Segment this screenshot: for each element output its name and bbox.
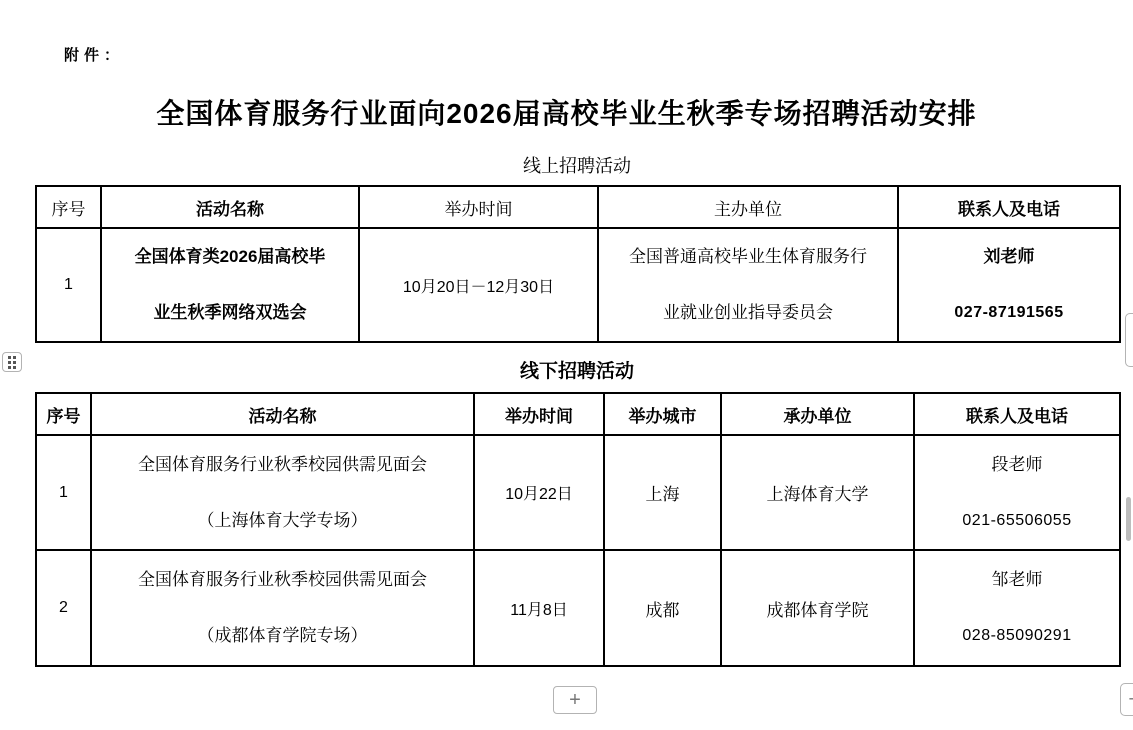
add-row-button[interactable]: + bbox=[553, 686, 597, 714]
scrollbar-thumb[interactable] bbox=[1126, 497, 1131, 541]
table-row: 2 全国体育服务行业秋季校园供需见面会 （成都体育学院专场） 11月8日 成都 … bbox=[36, 550, 1120, 666]
cell-time[interactable]: 10月22日 bbox=[474, 435, 604, 550]
header-contact[interactable]: 联系人及电话 bbox=[914, 393, 1120, 435]
cell-contact[interactable]: 段老师 021-65506055 bbox=[914, 435, 1120, 550]
header-host-unit[interactable]: 主办单位 bbox=[598, 186, 898, 228]
offline-recruitment-table: 序号 活动名称 举办时间 举办城市 承办单位 联系人及电话 1 全国体育服务行业… bbox=[35, 392, 1121, 667]
add-column-button-partial[interactable]: + bbox=[1120, 683, 1133, 716]
cell-seq[interactable]: 1 bbox=[36, 228, 101, 342]
online-table-header-row: 序号 活动名称 举办时间 主办单位 联系人及电话 bbox=[36, 186, 1120, 228]
header-seq[interactable]: 序号 bbox=[36, 393, 91, 435]
cell-contact[interactable]: 刘老师 027-87191565 bbox=[898, 228, 1120, 342]
side-partial-button[interactable] bbox=[1125, 313, 1133, 367]
header-activity-name[interactable]: 活动名称 bbox=[91, 393, 474, 435]
cell-time[interactable]: 10月20日－12月30日 bbox=[359, 228, 598, 342]
online-table-caption: 线上招聘活动 bbox=[35, 152, 1119, 178]
offline-table-header-row: 序号 活动名称 举办时间 举办城市 承办单位 联系人及电话 bbox=[36, 393, 1120, 435]
cell-activity-name[interactable]: 全国体育服务行业秋季校园供需见面会 （成都体育学院专场） bbox=[91, 550, 474, 666]
cell-contact[interactable]: 邹老师 028-85090291 bbox=[914, 550, 1120, 666]
offline-table-caption: 线下招聘活动 bbox=[35, 356, 1119, 383]
cell-organizer[interactable]: 上海体育大学 bbox=[721, 435, 914, 550]
plus-icon: + bbox=[1128, 689, 1133, 710]
grid-dots-icon bbox=[8, 356, 16, 369]
plus-icon: + bbox=[569, 690, 581, 710]
cell-activity-name[interactable]: 全国体育服务行业秋季校园供需见面会 （上海体育大学专场） bbox=[91, 435, 474, 550]
table-drag-handle[interactable] bbox=[2, 352, 22, 372]
cell-host-unit[interactable]: 全国普通高校毕业生体育服务行 业就业创业指导委员会 bbox=[598, 228, 898, 342]
header-organizer[interactable]: 承办单位 bbox=[721, 393, 914, 435]
cell-activity-name[interactable]: 全国体育类2026届高校毕 业生秋季网络双选会 bbox=[101, 228, 359, 342]
page-title: 全国体育服务行业面向2026届高校毕业生秋季专场招聘活动安排 bbox=[0, 92, 1133, 132]
table-row: 1 全国体育类2026届高校毕 业生秋季网络双选会 10月20日－12月30日 … bbox=[36, 228, 1120, 342]
header-time[interactable]: 举办时间 bbox=[359, 186, 598, 228]
header-city[interactable]: 举办城市 bbox=[604, 393, 721, 435]
cell-seq[interactable]: 2 bbox=[36, 550, 91, 666]
table-row: 1 全国体育服务行业秋季校园供需见面会 （上海体育大学专场） 10月22日 上海… bbox=[36, 435, 1120, 550]
cell-time[interactable]: 11月8日 bbox=[474, 550, 604, 666]
cell-seq[interactable]: 1 bbox=[36, 435, 91, 550]
header-activity-name[interactable]: 活动名称 bbox=[101, 186, 359, 228]
attachment-label: 附件： bbox=[64, 44, 124, 65]
online-recruitment-table: 序号 活动名称 举办时间 主办单位 联系人及电话 1 全国体育类2026届高校毕… bbox=[35, 185, 1121, 343]
header-contact[interactable]: 联系人及电话 bbox=[898, 186, 1120, 228]
cell-city[interactable]: 上海 bbox=[604, 435, 721, 550]
cell-organizer[interactable]: 成都体育学院 bbox=[721, 550, 914, 666]
cell-city[interactable]: 成都 bbox=[604, 550, 721, 666]
header-time[interactable]: 举办时间 bbox=[474, 393, 604, 435]
header-seq[interactable]: 序号 bbox=[36, 186, 101, 228]
